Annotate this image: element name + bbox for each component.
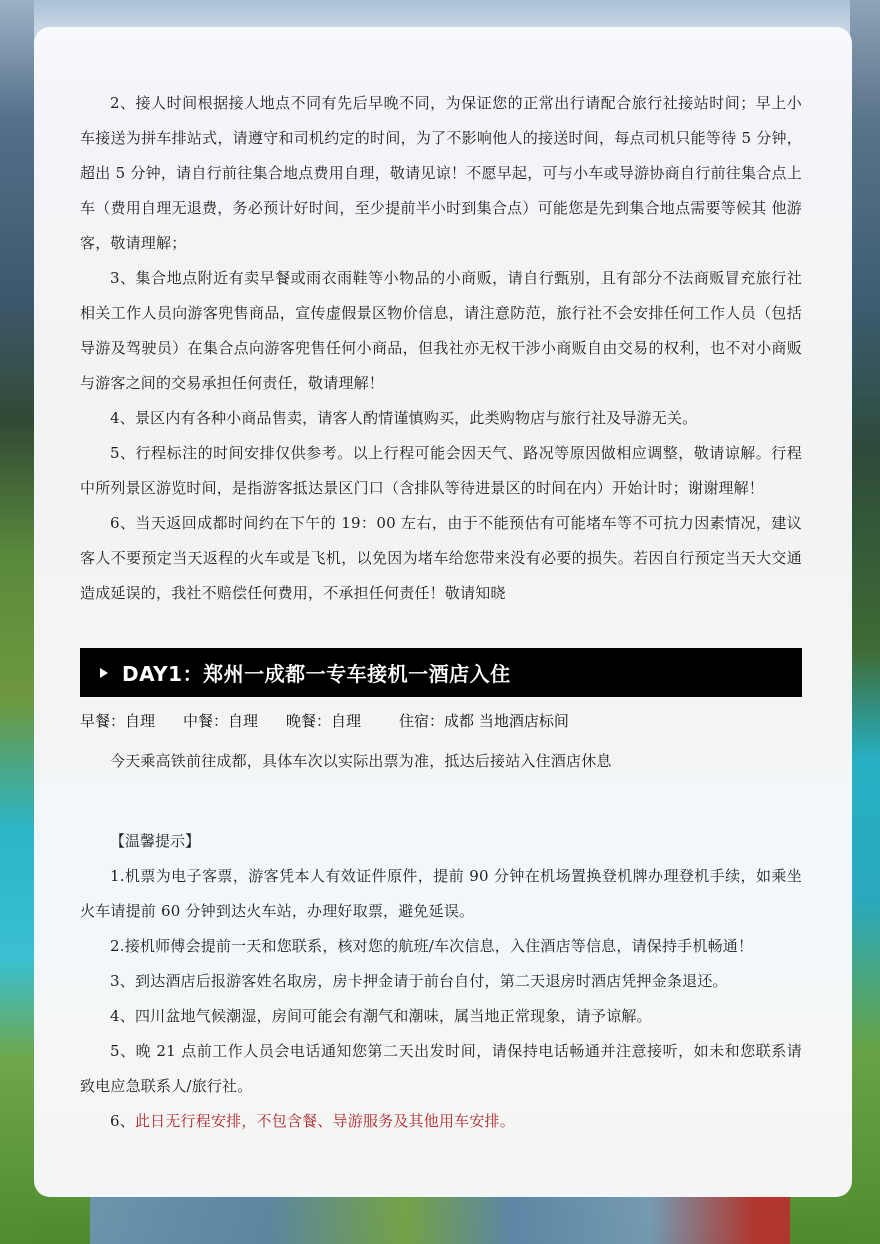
background-photo-right-edge <box>850 0 880 1244</box>
spacer <box>155 710 183 731</box>
note-item: 4、景区内有各种小商品售卖，请客人酌情谨慎购买，此类购物店与旅行社及导游无关。 <box>80 401 802 436</box>
day1-tips: 【温馨提示】 1.机票为电子客票，游客凭本人有效证件原件，提前 90 分钟在机场… <box>80 824 802 1139</box>
day1-description-text: 今天乘高铁前往成都，具体车次以实际出票为准，抵达后接站入住酒店休息 <box>80 744 802 779</box>
background-photo-bottom <box>90 1194 790 1244</box>
tip-item: 3、到达酒店后报游客姓名取房，房卡押金请于前台自付，第二天退房时酒店凭押金条退还… <box>80 964 802 999</box>
meal-breakfast: 早餐：自理 <box>80 710 155 731</box>
note-item: 3、集合地点附近有卖早餐或雨衣雨鞋等小物品的小商贩，请自行甄别，且有部分不法商贩… <box>80 261 802 401</box>
day1-meals-row: 早餐：自理 中餐：自理 晚餐：自理 住宿：成都 当地酒店标间 <box>80 710 802 731</box>
notes-section: 2、接人时间根据接人地点不同有先后早晚不同，为保证您的正常出行请配合旅行社接站时… <box>80 86 802 611</box>
tips-heading: 【温馨提示】 <box>80 824 802 859</box>
tip-item: 5、晚 21 点前工作人员会电话通知您第二天出发时间，请保持电话畅通并注意接听，… <box>80 1034 802 1104</box>
spacer <box>361 710 399 731</box>
day1-description: 今天乘高铁前往成都，具体车次以实际出票为准，抵达后接站入住酒店休息 <box>80 744 802 779</box>
warning-text: 此日无行程安排，不包含餐、导游服务及其他用车安排。 <box>135 1112 515 1130</box>
tip-item: 2.接机师傅会提前一天和您联系，核对您的航班/车次信息，入住酒店等信息，请保持手… <box>80 929 802 964</box>
lodging: 住宿：成都 当地酒店标间 <box>399 710 569 731</box>
meal-dinner: 晚餐：自理 <box>286 710 361 731</box>
note-item: 5、行程标注的时间安排仅供参考。以上行程可能会因天气、路况等原因做相应调整，敬请… <box>80 436 802 506</box>
day1-header-bar: DAY1：郑州一成都一专车接机一酒店入住 <box>80 648 802 697</box>
triangle-right-icon <box>100 668 108 678</box>
background-photo-left-edge <box>0 0 34 1244</box>
meal-lunch: 中餐：自理 <box>183 710 258 731</box>
spacer <box>258 710 286 731</box>
tip-item-warning: 6、此日无行程安排，不包含餐、导游服务及其他用车安排。 <box>80 1104 802 1139</box>
tip-number: 6、 <box>110 1112 135 1130</box>
note-item: 2、接人时间根据接人地点不同有先后早晚不同，为保证您的正常出行请配合旅行社接站时… <box>80 86 802 261</box>
tip-item: 4、四川盆地气候潮湿，房间可能会有潮气和潮味，属当地正常现象，请予谅解。 <box>80 999 802 1034</box>
note-item: 6、当天返回成都时间约在下午的 19：00 左右，由于不能预估有可能堵车等不可抗… <box>80 506 802 611</box>
day1-title: DAY1：郑州一成都一专车接机一酒店入住 <box>122 658 511 687</box>
tip-item: 1.机票为电子客票，游客凭本人有效证件原件，提前 90 分钟在机场置换登机牌办理… <box>80 859 802 929</box>
